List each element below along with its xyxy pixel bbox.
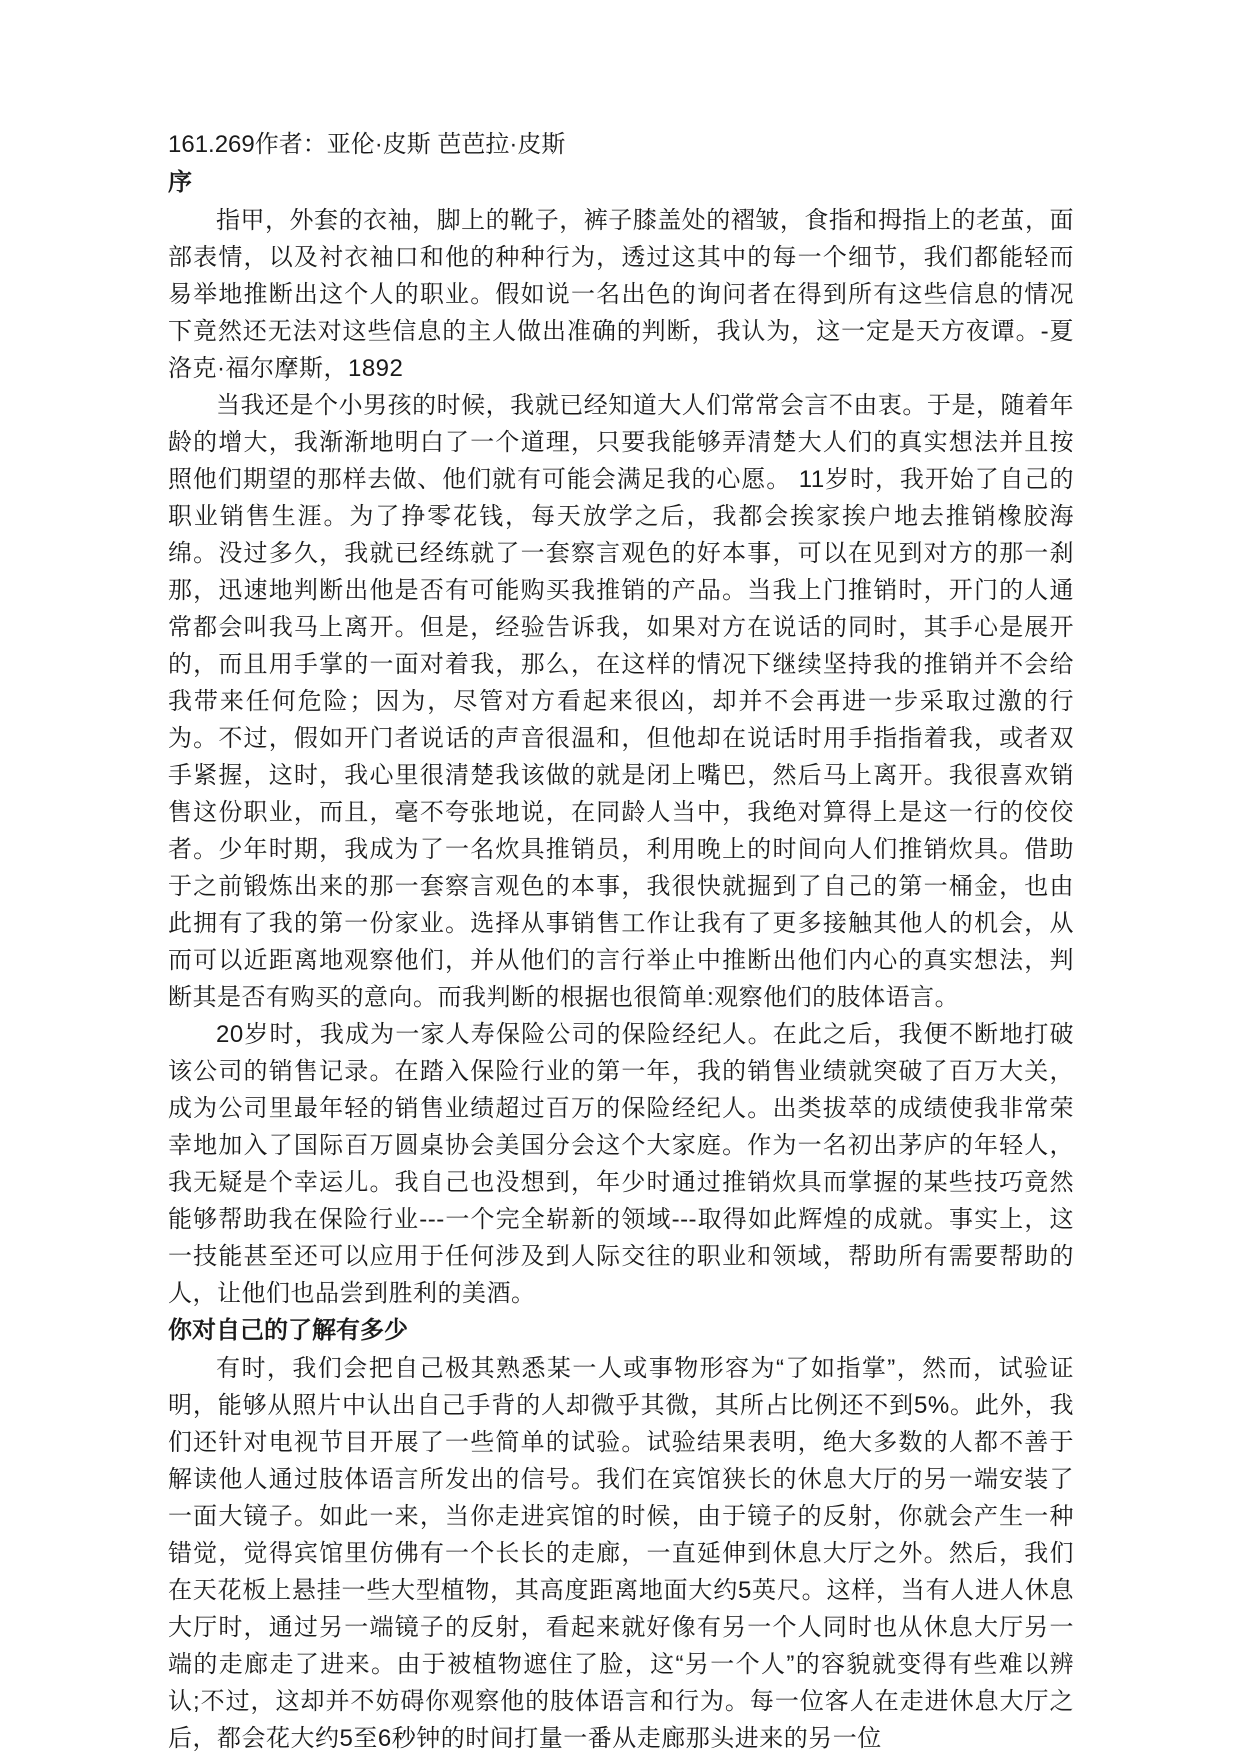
know-yourself-paragraph-1: 有时，我们会把自己极其熟悉某一人或事物形容为“了如指掌”，然而，试验证明，能够从… [168,1350,1074,1754]
author-line: 161.269作者：亚伦·皮斯 芭芭拉·皮斯 [168,126,1074,164]
section-heading-know-yourself: 你对自己的了解有多少 [168,1312,1074,1350]
section-heading-preface: 序 [168,164,1074,202]
preface-paragraph-3: 20岁时，我成为一家人寿保险公司的保险经纪人。在此之后，我便不断地打破该公司的销… [168,1016,1074,1312]
document-page: 161.269作者：亚伦·皮斯 芭芭拉·皮斯 序 指甲，外套的衣袖，脚上的靴子，… [0,0,1241,1754]
preface-paragraph-2: 当我还是个小男孩的时候，我就已经知道大人们常常会言不由衷。于是，随着年龄的增大，… [168,387,1074,1016]
preface-paragraph-1: 指甲，外套的衣袖，脚上的靴子，裤子膝盖处的褶皱，食指和拇指上的老茧，面部表情，以… [168,202,1074,387]
